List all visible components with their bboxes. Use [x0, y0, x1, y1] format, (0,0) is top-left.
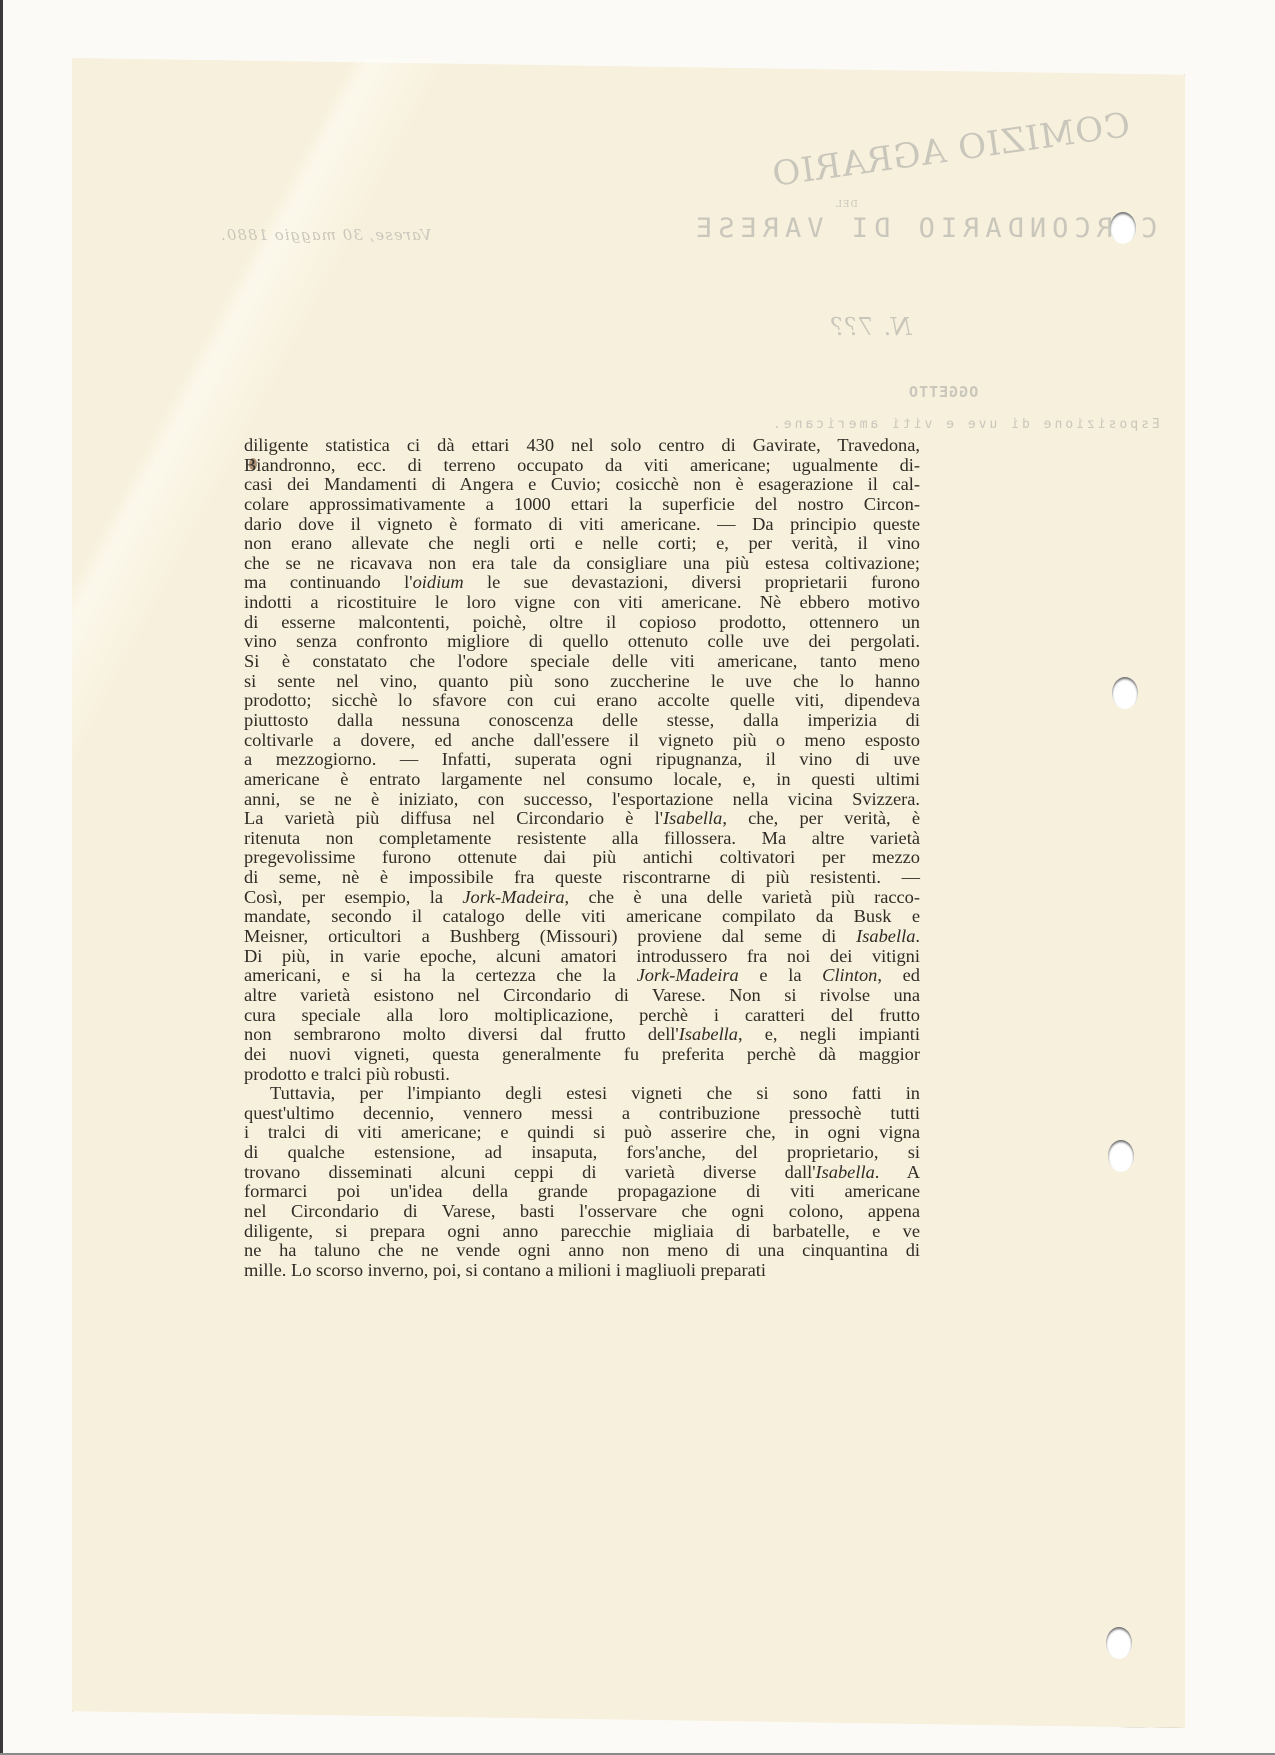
text-line: prodotto e tralci più robusti. [244, 1065, 920, 1085]
text-line: La varietà più diffusa nel Circondario è… [244, 809, 920, 829]
ghost-institution-line2: CIRCONDARIO DI VARESE [690, 213, 1157, 244]
text-line: casi dei Mandamenti di Angera e Cuvio; c… [244, 475, 920, 495]
text-line: non sembrarono molto diversi dal frutto … [244, 1025, 920, 1045]
italic-term: Isabella [856, 926, 915, 946]
text-line: Così, per esempio, la Jork-Madeira, che … [244, 888, 920, 908]
text-line: Tuttavia, per l'impianto degli estesi vi… [244, 1084, 920, 1104]
text-line: di esserne malcontenti, poichè, oltre il… [244, 613, 920, 633]
text-line: indotti a ricostituire le loro vigne con… [244, 593, 920, 613]
text-line: a mezzogiorno. — Infatti, superata ogni … [244, 750, 920, 770]
text-line: ne ha taluno che ne vende ogni anno non … [244, 1241, 920, 1261]
text-line: formarci poi un'idea della grande propag… [244, 1182, 920, 1202]
italic-term: Jork-Madeira [637, 965, 739, 985]
text-line: piuttosto dalla nessuna conoscenza delle… [244, 711, 920, 731]
text-line: non erano allevate che negli orti e nell… [244, 534, 920, 554]
text-line: Si è constatato che l'odore speciale del… [244, 652, 920, 672]
text-line: prodotto; sicchè lo sfavore con cui eran… [244, 691, 920, 711]
scanner-edge [0, 0, 3, 1755]
text-line: dei nuovi vigneti, questa generalmente f… [244, 1045, 920, 1065]
punch-hole-1 [1110, 212, 1136, 244]
text-line: quest'ultimo decennio, vennero messi a c… [244, 1104, 920, 1124]
ghost-subject-label: OGGETTO [908, 383, 978, 401]
punch-hole-4 [1106, 1627, 1132, 1659]
text-line: colare approssimativamente a 1000 ettari… [244, 495, 920, 515]
text-line: di seme, nè è impossibile fra queste ris… [244, 868, 920, 888]
text-line: mandate, secondo il catalogo delle viti … [244, 907, 920, 927]
body-text: diligente statistica ci dà ettari 430 ne… [244, 436, 920, 1281]
text-line: coltivarle a dovere, ed anche dall'esser… [244, 731, 920, 751]
text-line: americani, e si ha la certezza che la Jo… [244, 966, 920, 986]
text-line: anni, se ne è iniziato, con successo, l'… [244, 790, 920, 810]
text-line: mille. Lo scorso inverno, poi, si contan… [244, 1261, 920, 1281]
punch-hole-3 [1108, 1140, 1134, 1172]
text-line: diligente, si prepara ogni anno parecchi… [244, 1222, 920, 1242]
text-line: Biandronno, ecc. di terreno occupato da … [244, 456, 920, 476]
ghost-number: N. 7?? [830, 313, 912, 341]
text-line: altre varietà esistono nel Circondario d… [244, 986, 920, 1006]
italic-term: Jork-Madeira [462, 887, 564, 907]
text-line: si sente nel vino, quanto più sono zucch… [244, 672, 920, 692]
text-line: nel Circondario di Varese, basti l'osser… [244, 1202, 920, 1222]
text-line: trovano disseminati alcuni ceppi di vari… [244, 1163, 920, 1183]
text-line: cura speciale alla loro moltiplicazione,… [244, 1006, 920, 1026]
text-line: di qualche estensione, ad insaputa, fors… [244, 1143, 920, 1163]
text-line: dario dove il vigneto è formato di viti … [244, 515, 920, 535]
italic-term: Clinton [822, 965, 877, 985]
ghost-place-date: Varese, 30 maggio 1880. [220, 226, 431, 244]
text-line: ma continuando l'oidium le sue devastazi… [244, 573, 920, 593]
ghost-subject: Esposizione di uve e viti americane. [770, 417, 1160, 432]
text-line: Meisner, orticultori a Bushberg (Missour… [244, 927, 920, 947]
text-line: i tralci di viti americane; e quindi si … [244, 1123, 920, 1143]
text-line: Di più, in varie epoche, alcuni amatori … [244, 947, 920, 967]
text-line: vino senza confronto migliore di quello … [244, 632, 920, 652]
text-line: pregevolissime furono ottenute dai più a… [244, 848, 920, 868]
italic-term: Isabella [816, 1162, 875, 1182]
punch-hole-2 [1112, 677, 1138, 709]
italic-term: Isabella [679, 1024, 738, 1044]
text-line: che se ne ricavava non era tale da consi… [244, 554, 920, 574]
ghost-institution-del: DEL [835, 200, 858, 210]
text-line: americane è entrato largamente nel consu… [244, 770, 920, 790]
italic-term: oidium [413, 572, 464, 592]
italic-term: Isabella [663, 808, 722, 828]
text-line: ritenuta non completamente resistente al… [244, 829, 920, 849]
text-line: diligente statistica ci dà ettari 430 ne… [244, 436, 920, 456]
